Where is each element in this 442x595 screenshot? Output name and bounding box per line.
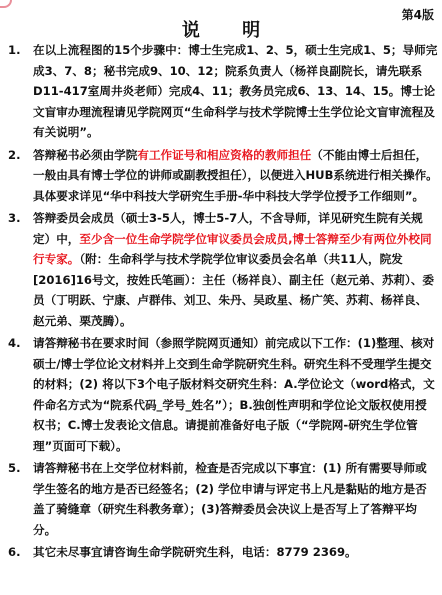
list-item-3: 3. 答辩委员会成员（硕士3-5人，博士5-7人，不含导师，详见研究生院有关规定… xyxy=(8,208,438,331)
item-text-normal: （附：生命科学与技术学院学位审议委员会名单（共11人，院发[2016]16号文，… xyxy=(33,252,434,328)
item-text: 请答辩秘书在要求时间（参照学院网页通知）前完成以下工作：(1)整理、核对硕士/博… xyxy=(33,333,438,456)
item-text: 请答辩秘书在上交学位材料前，检查是否完成以下事宜：(1) 所有需要导师或学生签名… xyxy=(33,458,438,540)
item-number: 5. xyxy=(8,458,33,540)
item-number: 2. xyxy=(8,145,33,207)
item-text: 答辩委员会成员（硕士3-5人，博士5-7人，不含导师，详见研究生院有关规定）中，… xyxy=(33,208,438,331)
list-item-5: 5. 请答辩秘书在上交学位材料前，检查是否完成以下事宜：(1) 所有需要导师或学… xyxy=(8,458,438,540)
item-number: 3. xyxy=(8,208,33,331)
item-text-normal: 答辩秘书必须由学院 xyxy=(33,148,137,162)
list-item-1: 1. 在以上流程图的15个步骤中：博士生完成1、2、5，硕士生完成1、5；导师完… xyxy=(8,40,438,143)
list-item-6: 6. 其它未尽事宜请咨询生命学院研究生科，电话：8779 2369。 xyxy=(8,542,438,563)
instructions-list: 1. 在以上流程图的15个步骤中：博士生完成1、2、5，硕士生完成1、5；导师完… xyxy=(8,40,438,565)
item-text: 答辩秘书必须由学院有工作证号和相应资格的教师担任（不能由博士后担任，一般由具有博… xyxy=(33,145,438,207)
item-text: 其它未尽事宜请咨询生命学院研究生科，电话：8779 2369。 xyxy=(33,542,438,563)
corner-mark-decoration xyxy=(0,0,12,8)
list-item-4: 4. 请答辩秘书在要求时间（参照学院网页通知）前完成以下工作：(1)整理、核对硕… xyxy=(8,333,438,456)
item-number: 1. xyxy=(8,40,33,143)
item-text: 在以上流程图的15个步骤中：博士生完成1、2、5，硕士生完成1、5；导师完成3、… xyxy=(33,40,438,143)
item-number: 6. xyxy=(8,542,33,563)
item-number: 4. xyxy=(8,333,33,456)
page-title: 说 明 xyxy=(0,16,442,42)
item-text-highlight: 有工作证号和相应资格的教师担任 xyxy=(137,148,311,162)
list-item-2: 2. 答辩秘书必须由学院有工作证号和相应资格的教师担任（不能由博士后担任，一般由… xyxy=(8,145,438,207)
